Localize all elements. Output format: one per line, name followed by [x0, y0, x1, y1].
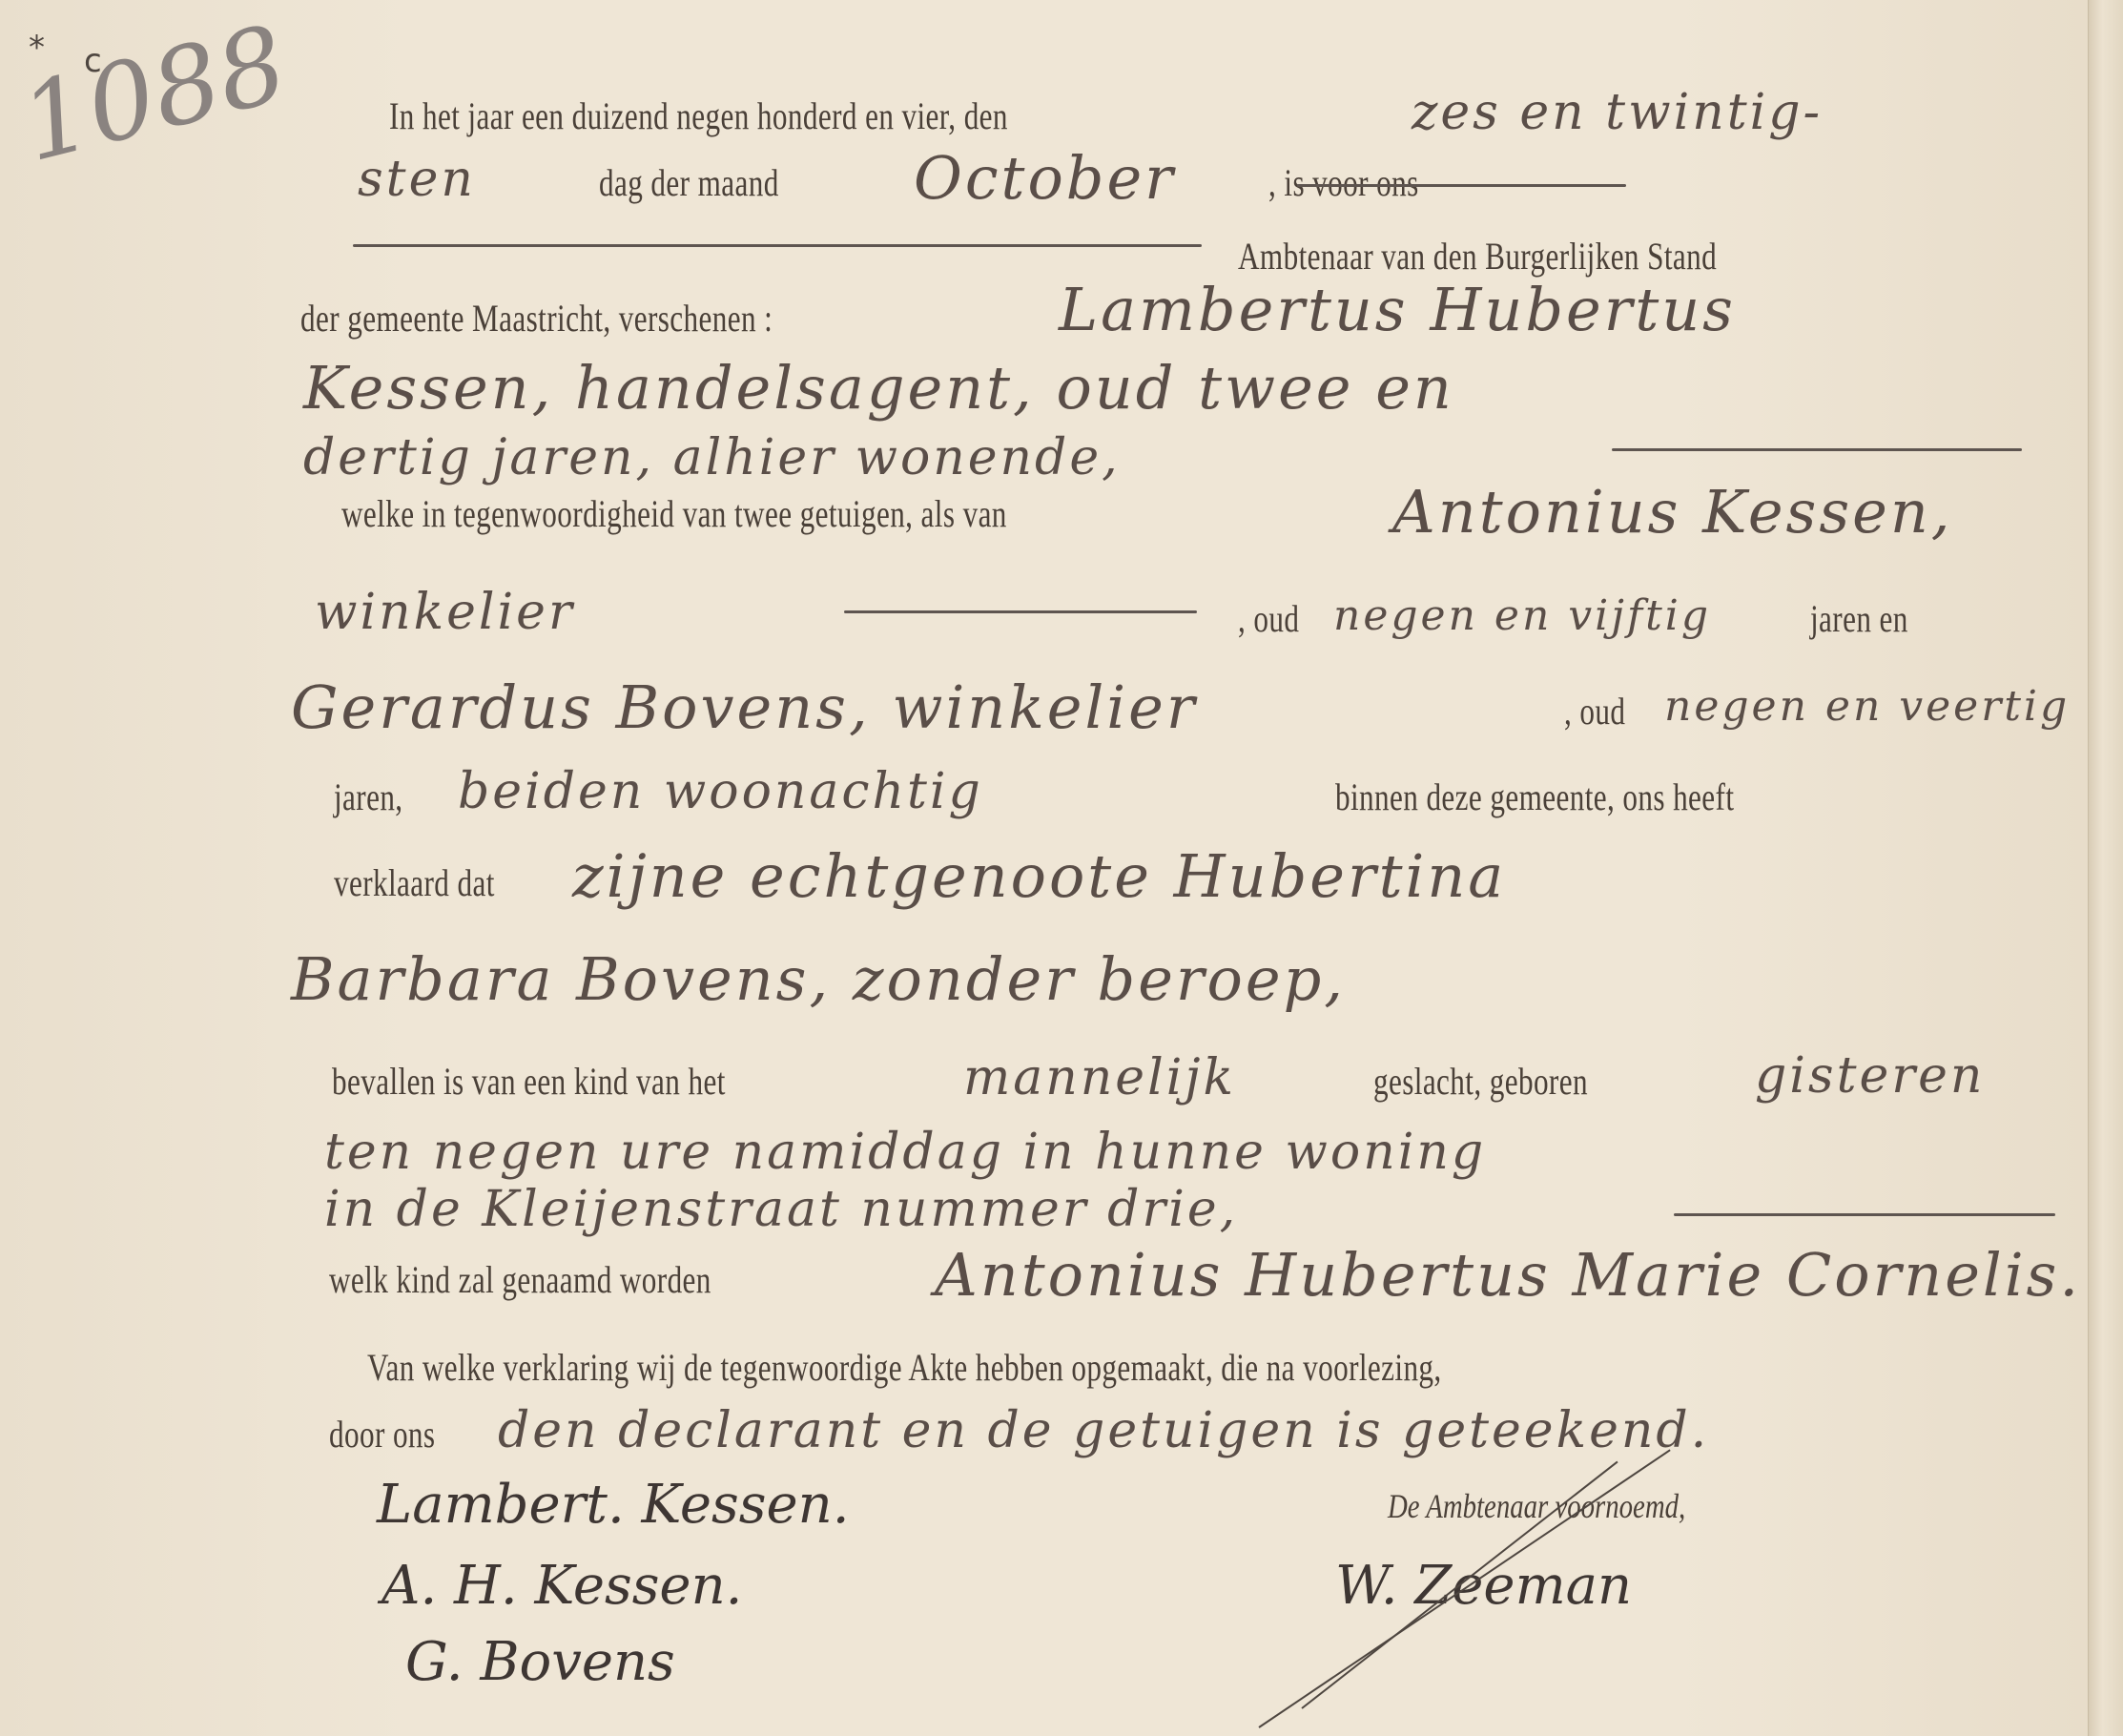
print-text: , is voor ons	[1268, 160, 1419, 205]
print-text: , oud	[1238, 596, 1299, 641]
print-text: binnen deze gemeente, ons heeft	[1335, 775, 1734, 819]
fill-rule	[1612, 448, 2022, 451]
print-text: In het jaar een duizend negen honderd en…	[389, 93, 1008, 138]
signature-witness-2: G. Bovens	[405, 1631, 675, 1693]
handwritten-mother: zijne echtgenoote Hubertina	[572, 841, 1506, 911]
print-text: Van welke verklaring wij de tegenwoordig…	[367, 1345, 1442, 1390]
handwritten-text: dertig jaren, alhier wonende,	[303, 429, 1121, 486]
handwritten-text: Kessen, handelsagent, oud twee en	[303, 353, 1454, 423]
handwritten-sex: mannelijk	[963, 1049, 1236, 1106]
handwritten-age: negen en vijftig	[1333, 591, 1711, 640]
handwritten-witness-2: Gerardus Bovens, winkelier	[291, 672, 1197, 742]
signature-witness-1: A. H. Kessen.	[381, 1555, 742, 1617]
handwritten-signed-by: den declarant en de getuigen is geteeken…	[498, 1402, 1709, 1459]
page-edge	[2088, 0, 2123, 1736]
print-text: geslacht, geboren	[1373, 1059, 1588, 1104]
print-text: door ons	[329, 1412, 435, 1457]
print-text: der gemeente Maastricht, verschenen :	[300, 296, 773, 341]
signature-declarant: Lambert. Kessen.	[377, 1474, 850, 1536]
fill-rule	[353, 244, 1202, 247]
handwritten-day: zes en twintig-	[1412, 84, 1823, 141]
handwritten-declarant: Lambertus Hubertus	[1059, 275, 1736, 344]
print-text: Ambtenaar van den Burgerlijken Stand	[1238, 234, 1717, 279]
print-text: jaren,	[334, 775, 403, 819]
print-text: jaren en	[1810, 596, 1908, 641]
fill-rule	[844, 610, 1197, 613]
handwritten-mother: Barbara Bovens, zonder beroep,	[291, 944, 1346, 1014]
handwritten-text: beiden woonachtig	[458, 763, 983, 820]
handwritten-age: negen en veertig	[1664, 682, 2070, 731]
print-text: , oud	[1564, 689, 1625, 734]
handwritten-witness-1: Antonius Kessen,	[1392, 477, 1952, 547]
handwritten-address: in de Kleijenstraat nummer drie,	[324, 1181, 1238, 1238]
print-text: dag der maand	[599, 160, 779, 205]
handwritten-occupation: winkelier	[315, 584, 575, 641]
handwritten-birth-details: ten negen ure namiddag in hunne woning	[324, 1124, 1486, 1181]
handwritten-birthdate: gisteren	[1755, 1047, 1985, 1105]
handwritten-child-name: Antonius Hubertus Marie Cornelis.	[935, 1240, 2081, 1310]
print-text: welk kind zal genaamd worden	[329, 1257, 711, 1302]
print-text: welke in tegenwoordigheid van twee getui…	[341, 491, 1007, 536]
print-text: verklaard dat	[334, 860, 495, 905]
handwritten-text: sten	[358, 151, 476, 208]
handwritten-month: October	[914, 143, 1176, 213]
fill-rule	[1297, 184, 1626, 187]
official-label: De Ambtenaar voornoemd,	[1388, 1486, 1685, 1526]
fill-rule	[1674, 1213, 2055, 1216]
print-text: bevallen is van een kind van het	[332, 1059, 726, 1104]
